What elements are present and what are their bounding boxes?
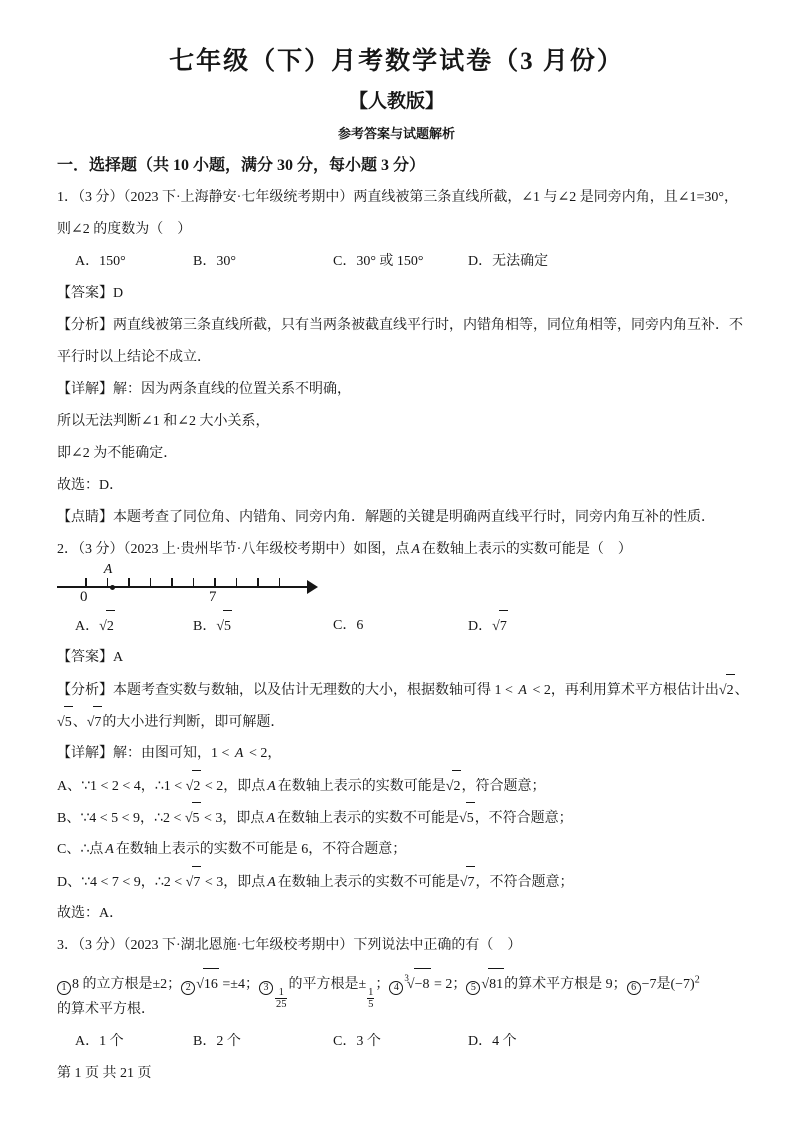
fraction-denominator: 25 [275,999,288,1010]
text: 则∠2 的度数为（ ） [57,222,191,237]
text: 的算术平方根是 9； [504,977,627,992]
text: 即∠2 为不能确定． [57,446,177,461]
text: < 2，即点 [201,779,265,794]
q2-numberline: 07A [57,566,736,610]
text: 8 的立方根是±2； [72,977,181,992]
sqrt-expression: √7 [460,866,476,899]
q3-stem-1: 3．（3 分）（2023 下·湖北恩施·七年级校考期中）下列说法中正确的有（ ） [57,930,736,962]
circled-number: 5 [466,981,480,995]
text: B．2 个 [193,1034,241,1049]
text: ，不符合题意； [475,811,573,826]
radicand: 16 [203,968,219,1001]
fraction-denominator: 5 [367,999,374,1010]
q1-detail-1: 【详解】解：因为两条直线的位置关系不明确， [57,374,736,406]
axis-label: 0 [80,589,88,605]
section-1-heading: 一．选择题（共 10 小题，满分 30 分，每小题 3 分） [57,150,736,182]
q1-stem-2: 则∠2 的度数为（ ） [57,214,736,246]
sqrt-expression: √2 [186,770,202,803]
text: 故选：A． [57,906,123,921]
tick-mark [257,578,259,586]
q3-stem-2: 18 的立方根是±2；2√16 =±4；3125的平方根是±15；43√−8 =… [57,962,736,994]
text: A．1 个 [75,1034,124,1049]
q2-detail-d: D、∵4 < 7 < 9，∴2 < √7 < 3，即点A在数轴上表示的实数不可能… [57,866,736,898]
math-variable: A [233,746,246,761]
radicand: 5 [64,706,73,739]
option: D．√7 [468,610,736,643]
q2-analysis-2: √5、√7的大小进行判断，即可解题． [57,706,736,738]
math-variable: A [103,842,116,857]
q2-analysis-1: 【分析】本题考查实数与数轴，以及估计无理数的大小，根据数轴可得 1 < A < … [57,674,736,706]
sqrt-expression: √2 [446,770,462,803]
text: 在数轴上表示的实数不可能是 [277,811,459,826]
q2-choice: 故选：A． [57,898,736,930]
sqrt-expression: √2 [99,610,115,643]
text: =±4； [219,977,259,992]
fraction-numerator: 1 [275,987,288,999]
circled-number: 3 [259,981,273,995]
fraction: 125 [275,987,288,1010]
radicand: −8 [414,968,431,1001]
text: 的大小进行判断，即可解题． [102,715,284,730]
text: −7是(−7) [642,977,695,992]
text: 在数轴上表示的实数可能是（ ） [422,542,632,557]
math-variable: A [265,875,278,890]
sqrt-expression: √5 [57,706,73,739]
text: 的算术平方根． [57,1002,155,1017]
q3-options: A．1 个B．2 个C．3 个D．4 个 [57,1026,736,1058]
superscript: 2 [695,974,700,985]
axis-arrow-icon [307,580,318,594]
sqrt-expression: √7 [87,706,103,739]
radicand: 2 [726,674,735,707]
text: 【答案】D [57,286,123,301]
text: 在数轴上表示的实数不可能是 6，不符合题意； [116,842,407,857]
option: D．4 个 [468,1026,736,1058]
text: ，符合题意； [461,779,545,794]
option: C．30° 或 150° [333,246,468,278]
text: D．无法确定 [468,254,548,269]
text: D、∵4 < 7 < 9，∴2 < [57,875,186,890]
option: A．√2 [75,610,193,643]
text: ； [375,977,389,992]
radicand: 2 [106,610,115,643]
option: D．无法确定 [468,246,736,278]
option: A．1 个 [75,1026,193,1058]
document-subtitle: 参考答案与试题解析 [57,118,736,150]
sqrt-expression: √2 [719,674,735,707]
text: ，不符合题意； [475,875,573,890]
q2-stem: 2．（3 分）（2023 上·贵州毕节·八年级校考期中）如图，点A在数轴上表示的… [57,534,736,566]
option: B．√5 [193,610,333,643]
q1-analysis-1: 【分析】两直线被第三条直线所截，只有当两条被截直线平行时，内错角相等，同位角相等… [57,310,736,342]
document-title: 七年级（下）月考数学试卷（3 月份） [57,38,736,86]
option: B．30° [193,246,333,278]
document-body: 一．选择题（共 10 小题，满分 30 分，每小题 3 分）1．（3 分）（20… [57,150,736,1058]
text: 【答案】A [57,650,123,665]
text: B．30° [193,254,236,269]
sqrt-expression: √7 [492,610,508,643]
text: 3．（3 分）（2023 下·湖北恩施·七年级校考期中）下列说法中正确的有（ ） [57,938,521,953]
tick-mark [171,578,173,586]
sqrt-expression: √5 [216,610,232,643]
text: 平行时以上结论不成立． [57,350,211,365]
radicand: 5 [192,802,201,835]
text: 在数轴上表示的实数可能是 [278,779,446,794]
sqrt-expression: √16 [196,968,219,1001]
text: D． [468,619,492,634]
document-edition: 【人教版】 [57,86,736,118]
text: C．3 个 [333,1034,381,1049]
circled-number: 1 [57,981,71,995]
option: C．6 [333,610,468,643]
q1-options: A．150°B．30°C．30° 或 150°D．无法确定 [57,246,736,278]
tick-mark [193,578,195,586]
radicand: 5 [466,802,475,835]
sqrt-expression: √5 [459,802,475,835]
q1-detail-3: 即∠2 为不能确定． [57,438,736,470]
text: D．4 个 [468,1034,517,1049]
text: 、 [73,715,87,730]
math-variable: A [264,811,277,826]
q2-detail-c: C、∴点A在数轴上表示的实数不可能是 6，不符合题意； [57,834,736,866]
tick-mark [128,578,130,586]
option: C．3 个 [333,1026,468,1058]
q2-answer: 【答案】A [57,642,736,674]
q1-choice: 故选：D． [57,470,736,502]
text: 所以无法判断∠1 和∠2 大小关系， [57,414,269,429]
text: C、∴点 [57,842,103,857]
circled-number: 6 [627,981,641,995]
radicand: 2 [192,770,201,803]
text: 1．（3 分）（2023 下·上海静安·七年级统考期中）两直线被第三条直线所截，… [57,190,738,205]
q1-answer: 【答案】D [57,278,736,310]
text: 【点睛】本题考查了同位角、内错角、同旁内角．解题的关键是明确两直线平行时，同旁内… [57,510,715,525]
option: A．150° [75,246,193,278]
text: A． [75,619,99,634]
sqrt-expression: √5 [185,802,201,835]
q2-options: A．√2B．√5C．6D．√7 [57,610,736,642]
text: B． [193,619,216,634]
text: C．30° 或 150° [333,254,424,269]
q1-stem-1: 1．（3 分）（2023 下·上海静安·七年级统考期中）两直线被第三条直线所截，… [57,182,736,214]
tick-mark [85,578,87,586]
text: A、∵1 < 2 < 4，∴1 < [57,779,186,794]
text: 在数轴上表示的实数不可能是 [278,875,460,890]
text: 【详解】解：因为两条直线的位置关系不明确， [57,382,351,397]
axis-label: 7 [209,589,217,605]
text: A．150° [75,254,126,269]
math-variable: A [516,683,529,698]
tick-mark [236,578,238,586]
text: 的平方根是± [288,977,366,992]
fraction: 15 [367,987,374,1010]
text: 【分析】两直线被第三条直线所截，只有当两条被截直线平行时，内错角相等，同位角相等… [57,318,743,333]
cube-root-expression: 3√−8 [404,962,430,1001]
circled-number: 2 [181,981,195,995]
tick-mark [150,578,152,586]
text: 、 [735,683,749,698]
text: < 2， [245,746,281,761]
page-footer: 第 1 页 共 21 页 [57,1058,736,1090]
fraction-numerator: 1 [367,987,374,999]
text: 【详解】解：由图可知，1 < [57,746,233,761]
option: B．2 个 [193,1026,333,1058]
point-marker [110,585,115,590]
text: = 2； [431,977,467,992]
tick-mark [279,578,281,586]
tick-mark [107,578,109,586]
text: 2．（3 分）（2023 上·贵州毕节·八年级校考期中）如图，点 [57,542,409,557]
q1-comment: 【点睛】本题考查了同位角、内错角、同旁内角．解题的关键是明确两直线平行时，同旁内… [57,502,736,534]
text: < 3，即点 [201,875,265,890]
text: < 3，即点 [201,811,265,826]
circled-number: 4 [389,981,403,995]
radicand: 7 [499,610,508,643]
radicand: 7 [192,866,201,899]
point-label: A [104,562,113,578]
tick-mark [214,578,216,586]
text: C．6 [333,618,363,633]
q2-detail-1: 【详解】解：由图可知，1 < A < 2， [57,738,736,770]
number-line-axis [57,586,309,588]
text: < 2，再利用算术平方根估计出 [529,683,719,698]
q1-detail-2: 所以无法判断∠1 和∠2 大小关系， [57,406,736,438]
exam-page: 七年级（下）月考数学试卷（3 月份） 【人教版】 参考答案与试题解析 一．选择题… [0,0,793,1122]
sqrt-expression: √7 [186,866,202,899]
q2-detail-b: B、∵4 < 5 < 9，∴2 < √5 < 3，即点A在数轴上表示的实数不可能… [57,802,736,834]
text: 【分析】本题考查实数与数轴，以及估计无理数的大小，根据数轴可得 1 < [57,683,516,698]
text: 故选：D． [57,478,123,493]
q2-detail-a: A、∵1 < 2 < 4，∴1 < √2 < 2，即点A在数轴上表示的实数可能是… [57,770,736,802]
radicand: 81 [488,968,504,1001]
q1-analysis-2: 平行时以上结论不成立． [57,342,736,374]
radicand: 5 [223,610,232,643]
math-variable: A [409,542,422,557]
text: B、∵4 < 5 < 9，∴2 < [57,811,185,826]
sqrt-expression: √81 [481,968,504,1001]
q3-stem-3: 的算术平方根． [57,994,736,1026]
text: 一．选择题（共 10 小题，满分 30 分，每小题 3 分） [57,157,425,174]
math-variable: A [265,779,278,794]
